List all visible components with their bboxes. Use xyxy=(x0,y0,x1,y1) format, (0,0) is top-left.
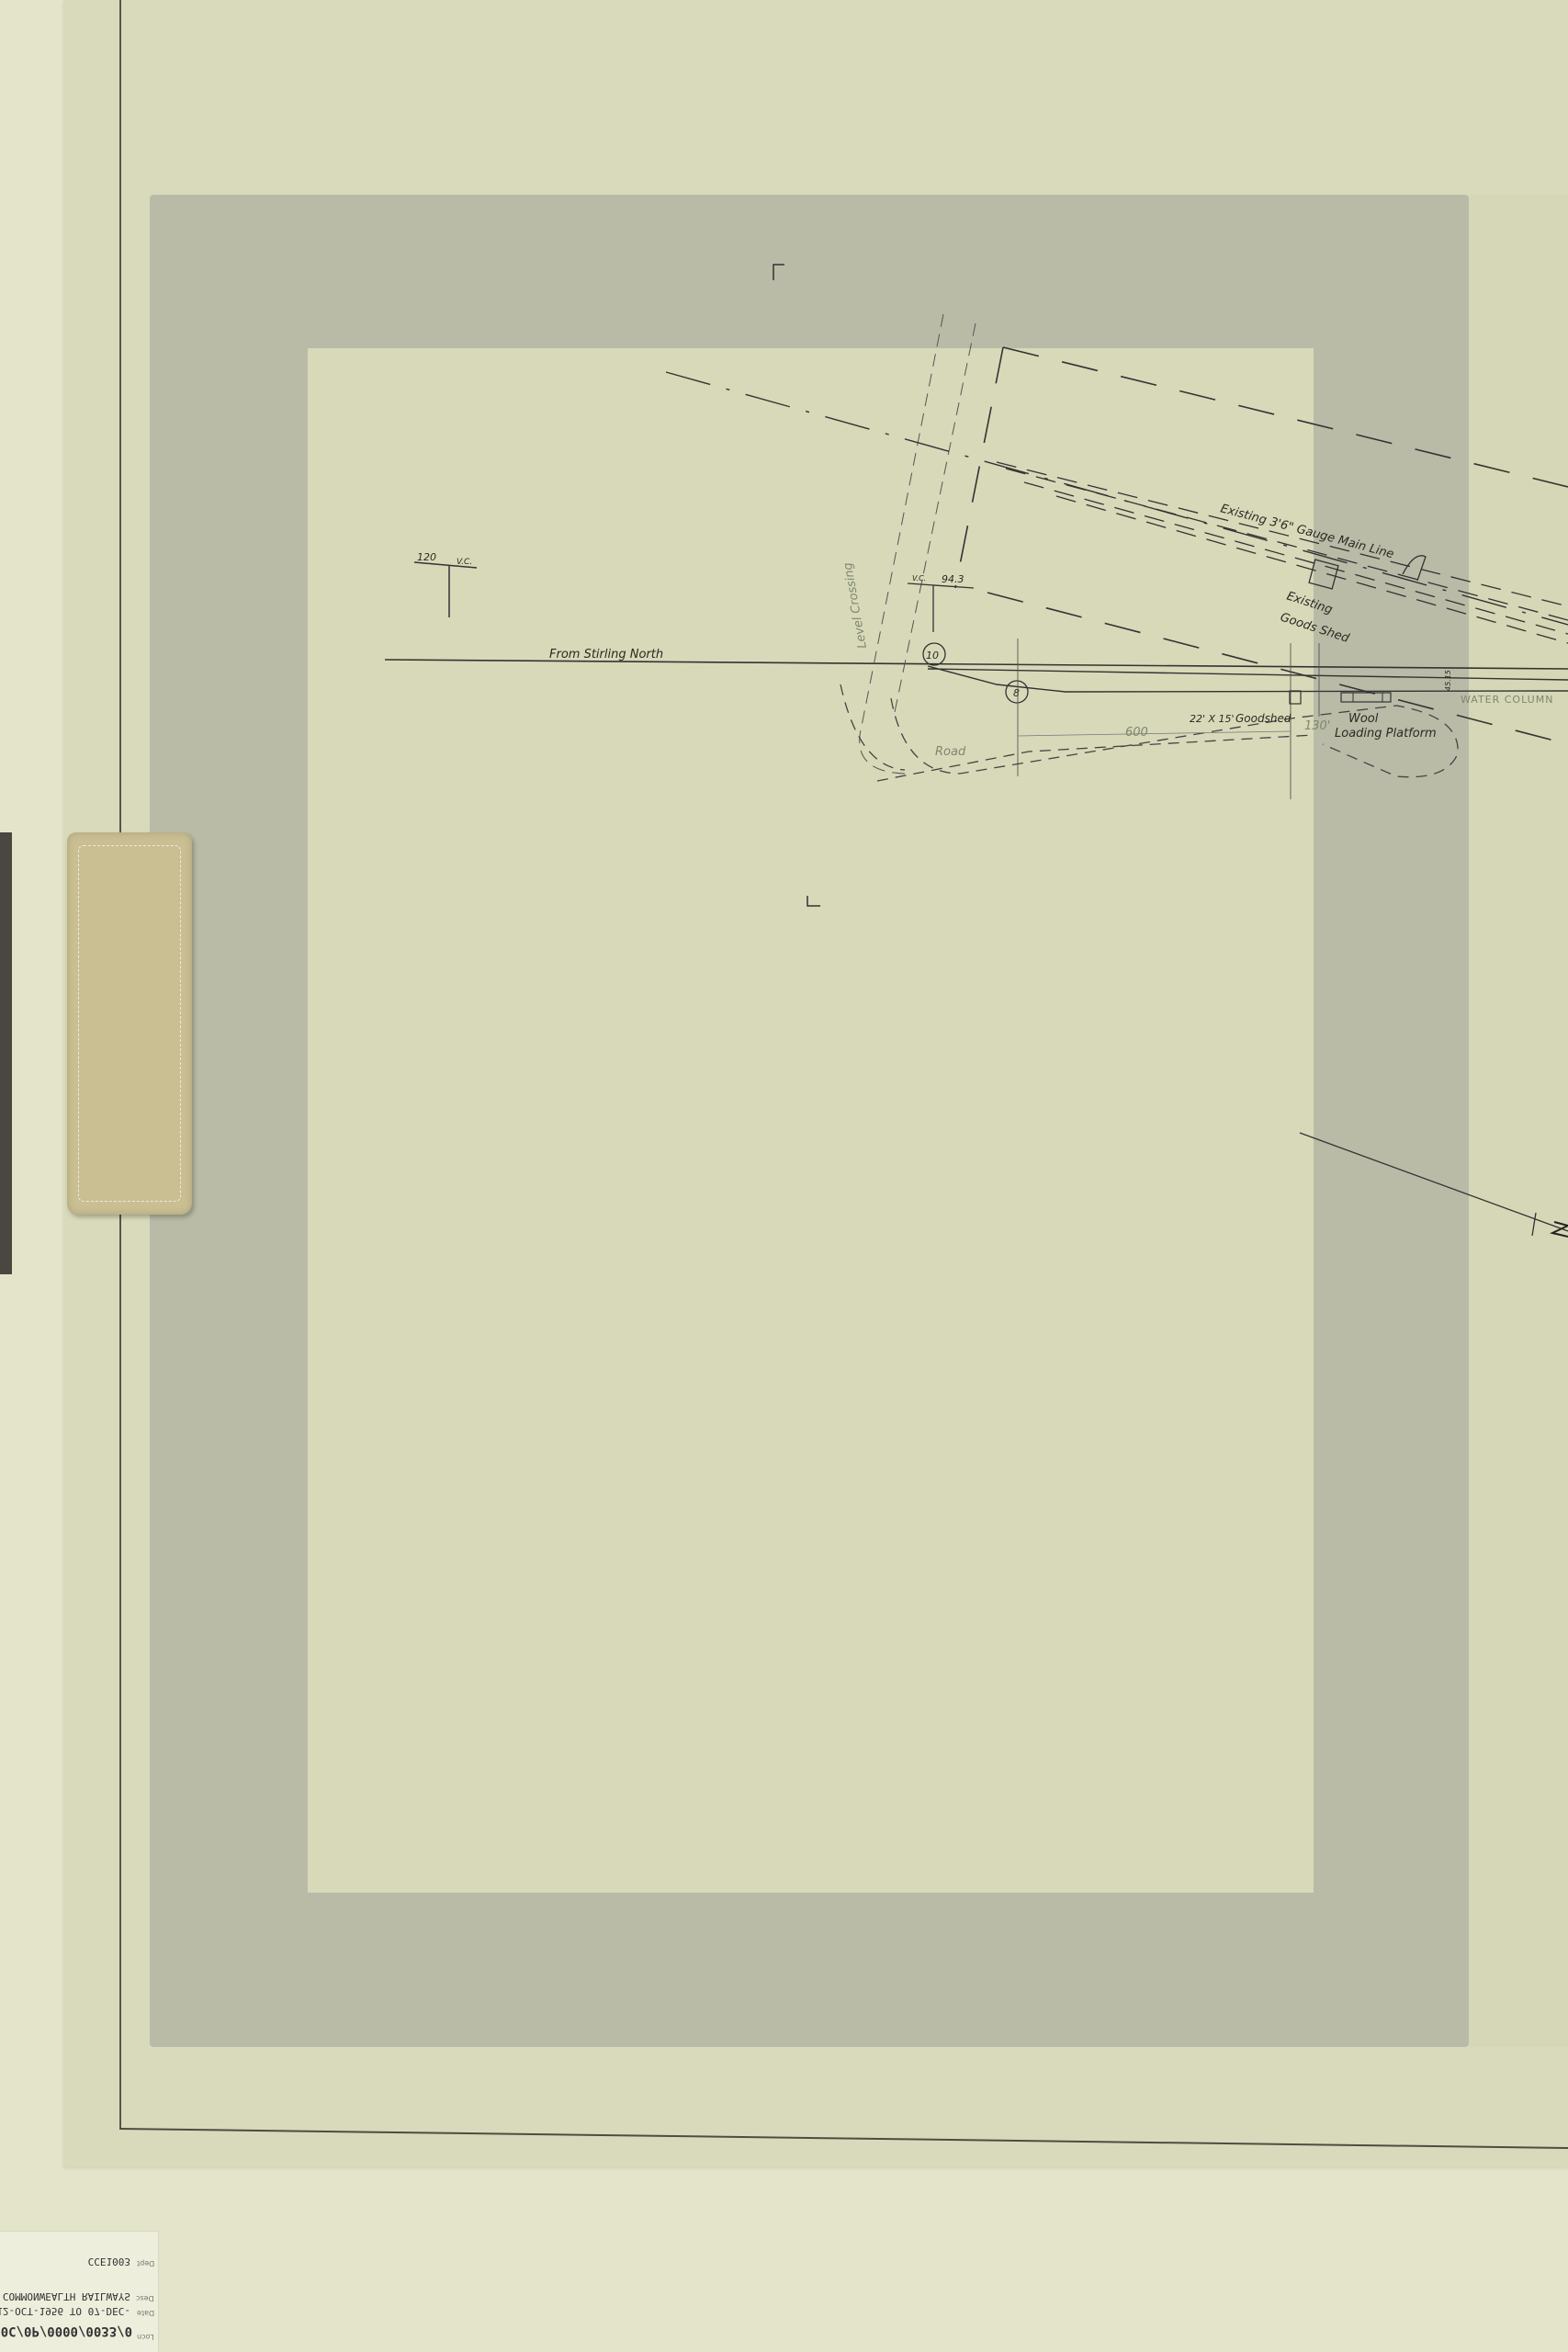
svg-text:V.C.: V.C. xyxy=(912,574,926,582)
track-plan-drawing: 120 V.C. From Stirling North Level Cross… xyxy=(0,0,1568,2352)
road-label: Road xyxy=(935,745,966,759)
main-line-label: Existing 3'6" Gauge Main Line xyxy=(1219,502,1395,561)
vertical-curve-marker-120: 120 V.C. xyxy=(414,551,477,617)
dept-value: CCE1003 xyxy=(88,2256,130,2267)
boundary-dashed-lines xyxy=(955,347,1568,744)
corner-mark-top xyxy=(773,265,784,280)
svg-text:10: 10 xyxy=(926,650,939,661)
dimension-130: 130' xyxy=(1304,719,1330,733)
svg-text:Goods Shed: Goods Shed xyxy=(1279,611,1351,647)
centreline-dash-dot xyxy=(666,372,1568,625)
goodshed-label: Goodshed xyxy=(1235,712,1292,725)
break-symbol-icon xyxy=(1552,1222,1568,1237)
svg-text:94.3: 94.3 xyxy=(942,573,964,585)
loading-platform-label: Loading Platform xyxy=(1335,727,1437,741)
goodshed-size-label: 22' X 15' xyxy=(1190,713,1235,725)
svg-text:8: 8 xyxy=(1013,687,1020,699)
desc-key: Desc xyxy=(136,2294,154,2302)
from-stirling-label: From Stirling North xyxy=(549,648,663,661)
wool-label: Wool xyxy=(1348,712,1379,726)
locn-key: Locn xyxy=(137,2333,154,2341)
level-crossing-label: Level Crossing xyxy=(841,561,870,650)
date-key: Date xyxy=(137,2309,154,2317)
svg-text:V.C.: V.C. xyxy=(457,558,472,567)
track-mark: 45.15 xyxy=(1444,670,1452,691)
svg-text:120: 120 xyxy=(417,551,436,563)
point-8: 8 xyxy=(1006,681,1028,703)
locn-value: 0C/0P/0000/0033/0 xyxy=(1,2324,132,2338)
leather-weight xyxy=(67,832,192,1215)
desc-value: COMMONWEALTH RAILWAYS xyxy=(3,2290,130,2302)
point-10: 10 xyxy=(923,643,945,665)
dimension-600: 600 xyxy=(1125,726,1148,740)
sheet-border-line-bottom xyxy=(120,2129,1568,2148)
archive-label: Locn 0C/0P/0000/0033/0 Date 12-OCT-1956 … xyxy=(0,2231,159,2352)
date-value: 12-OCT-1956 TO 07-DEC- xyxy=(0,2305,130,2317)
diagonal-boundary-line xyxy=(1300,1133,1568,1231)
existing-goods-shed-box xyxy=(1309,560,1338,589)
water-column-label: WATER COLUMN xyxy=(1461,694,1553,706)
goodshed-box xyxy=(1290,691,1301,704)
corner-mark-bottom xyxy=(807,896,820,906)
level-crossing-road xyxy=(860,314,976,774)
dept-key: Dept xyxy=(137,2259,154,2267)
